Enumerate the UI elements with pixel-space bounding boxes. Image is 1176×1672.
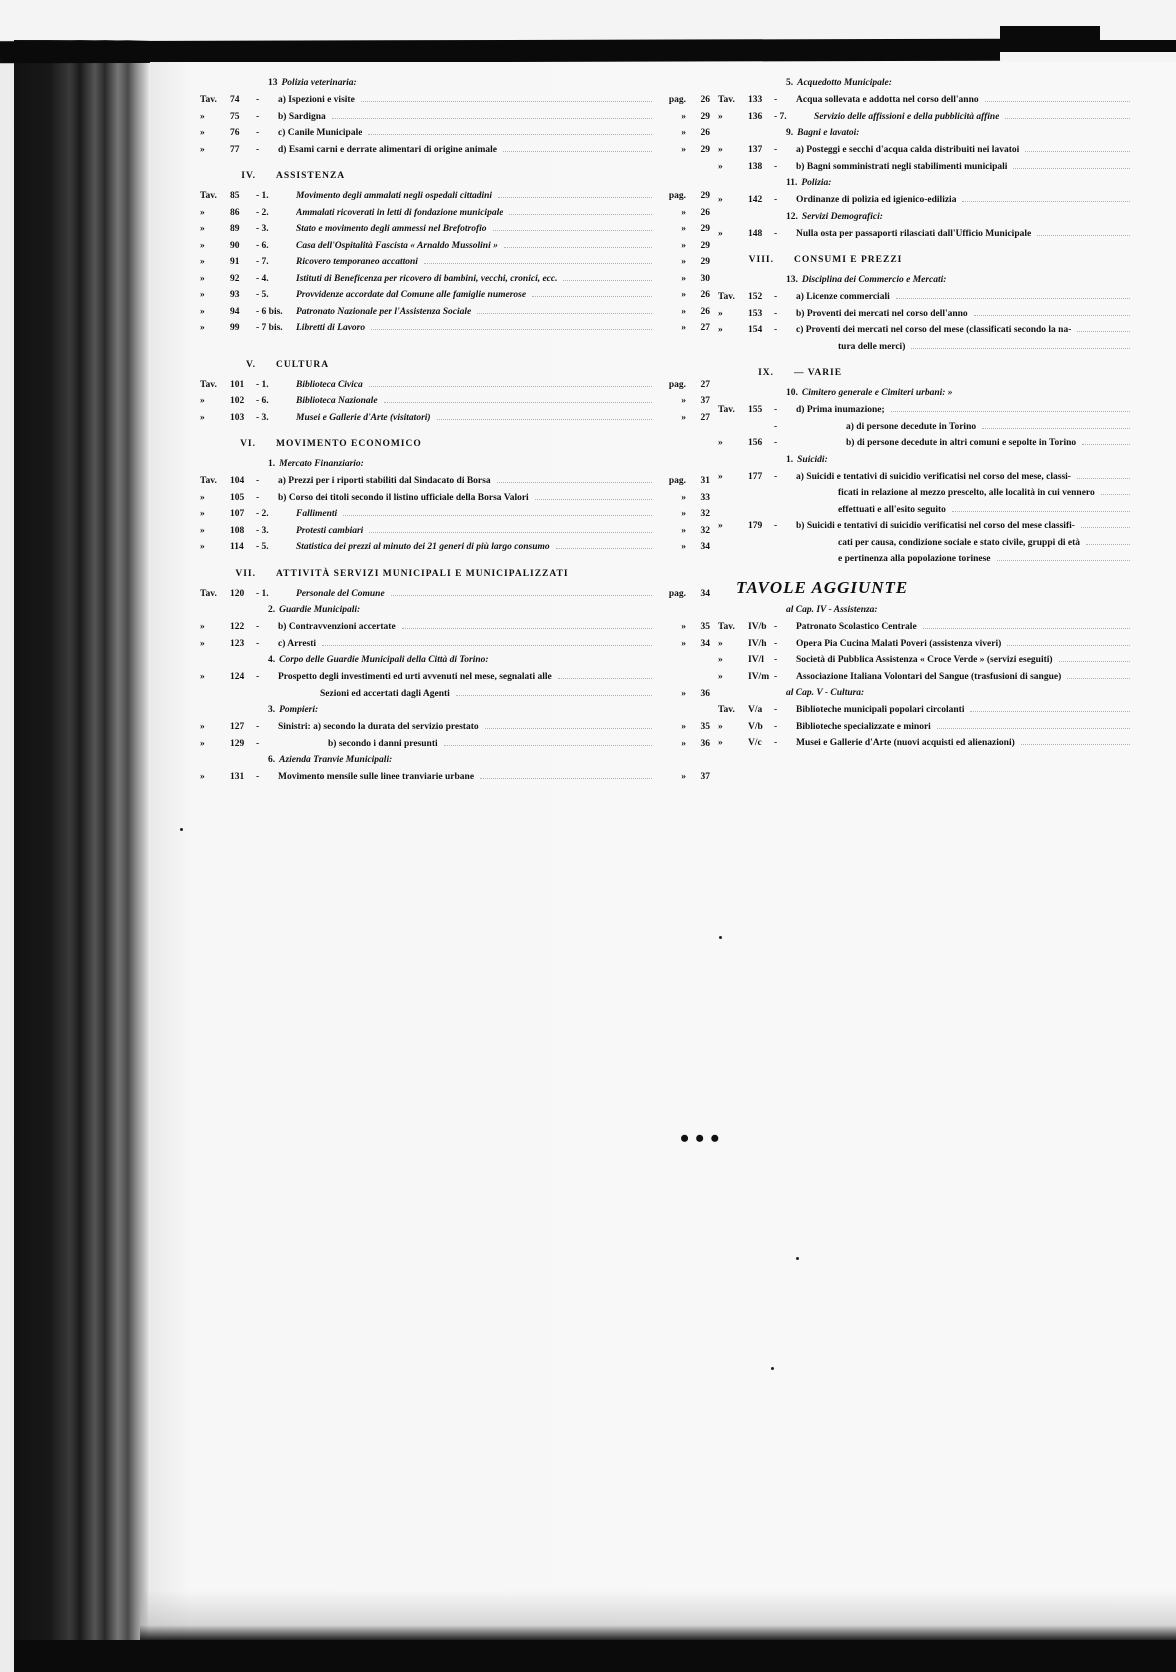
section-subheading: 3.Pompieri: [200,702,710,719]
entry-separator: - [256,109,268,126]
scan-top-border [0,39,1000,64]
section-number: 12. [786,212,798,222]
entry-title: Biblioteca Nazionale [296,393,378,410]
scan-bottom-shadow [140,1590,1176,1640]
table-number: IV/m [748,669,774,686]
toc-entry-continuation: e pertinenza alla popolazione torinese [718,551,1176,568]
toc-entry[interactable]: »IV/h-Opera Pia Cucina Malati Poveri (as… [718,636,1176,653]
toc-entry[interactable]: Tav.104-a) Prezzi per i riporti stabilit… [200,473,710,490]
toc-entry[interactable]: Tav.74-a) Ispezioni e visitepag.26 [200,92,710,109]
table-number: V/a [748,702,774,719]
chapter-heading: IX.— VARIE [718,365,1176,385]
dot-leader [1005,118,1130,119]
table-number: 153 [748,306,774,323]
page-number: 29 [686,221,710,238]
table-number: 101 [230,377,256,394]
toc-entry[interactable]: »137-a) Posteggi e secchi d'acqua calda … [718,142,1176,159]
toc-entry[interactable]: »148-Nulla osta per passaporti rilasciat… [718,226,1176,243]
toc-entry[interactable]: »IV/l-Società di Pubblica Assistenza « C… [718,652,1176,669]
section-subheading: 1.Suicidi: [718,452,1176,469]
entry-title: Istituti di Beneficenza per ricovero di … [296,271,557,288]
table-number: 155 [748,402,774,419]
toc-entry[interactable]: »103- 3.Musei e Gallerie d'Arte (visitat… [200,410,710,427]
entry-separator: - 2. [256,205,296,222]
entry-separator: - [774,652,786,669]
table-prefix: » [200,506,230,523]
entry-title: Biblioteca Civica [296,377,363,394]
chapter-title: CONSUMI E PREZZI [794,252,902,269]
section-title: Disciplina dei Commercio e Mercati: [802,275,947,285]
entry-title: a) Ispezioni e visite [268,92,355,109]
table-number: 114 [230,539,256,556]
dot-leader [985,101,1130,102]
entry-title: b) Corso dei titoli secondo il listino u… [268,490,529,507]
entry-separator: - 6 bis. [256,304,296,321]
table-number: 94 [230,304,256,321]
table-prefix: » [200,393,230,410]
dot-leader [1059,661,1130,662]
table-prefix: » [200,304,230,321]
table-prefix: » [200,109,230,126]
section-subheading: 1.Mercato Finanziario: [200,456,710,473]
dot-leader [503,151,652,152]
dot-leader [974,315,1130,316]
dot-leader [369,386,652,387]
toc-entry[interactable]: »153-b) Proventi dei mercati nel corso d… [718,306,1176,323]
section-number: 13. [786,275,798,285]
table-number: 74 [230,92,256,109]
dot-leader [444,745,652,746]
table-number: 89 [230,221,256,238]
dot-leader [504,247,652,248]
page-label: pag. [658,473,686,490]
entry-title: Stato e movimento degli ammessi nel Bref… [296,221,487,238]
section-subheading: 13Polizia veterinaria: [200,75,710,92]
table-prefix: Tav. [200,92,230,109]
entry-title: Ammalati ricoverati in letti di fondazio… [296,205,503,222]
toc-entry[interactable]: »92- 4.Istituti di Beneficenza per ricov… [200,271,710,288]
table-number: 92 [230,271,256,288]
toc-entry[interactable]: »86- 2.Ammalati ricoverati in letti di f… [200,205,710,222]
dot-leader [371,329,652,330]
dot-leader [477,313,652,314]
toc-entry[interactable]: »77-d) Esami carni e derrate alimentari … [200,142,710,159]
chapter-title: CULTURA [276,357,329,374]
table-prefix: » [718,636,748,653]
table-number: 152 [748,289,774,306]
entry-title: a) Prezzi per i riporti stabiliti dal Si… [268,473,491,490]
dot-leader [402,628,652,629]
entry-separator: - [256,473,268,490]
dot-leader [558,678,652,679]
entry-title: Sinistri: a) secondo la durata del servi… [268,719,479,736]
page-label: pag. [658,188,686,205]
entry-separator: - [774,192,786,209]
toc-entry[interactable]: »75-b) Sardigna»29 [200,109,710,126]
page-number: 34 [686,636,710,653]
table-prefix: » [718,518,748,535]
page-number: 30 [686,271,710,288]
table-prefix: » [200,523,230,540]
table-prefix: Tav. [718,619,748,636]
section-number: 2. [268,605,275,615]
entry-title: Prospetto degli investimenti ed urti avv… [268,669,552,686]
toc-entry[interactable]: Tav.133-Acqua sollevata e addotta nel co… [718,92,1176,109]
toc-entry[interactable]: »138-b) Bagni somministrati negli stabil… [718,159,1176,176]
toc-entry[interactable]: »90- 6.Casa dell'Ospitalità Fascista « A… [200,238,710,255]
section-title: Polizia veterinaria: [282,78,357,88]
page-label: » [658,271,686,288]
dot-leader [535,499,652,500]
entry-title: Personale del Comune [296,586,385,603]
dot-leader [1013,168,1130,169]
table-prefix: Tav. [200,586,230,603]
toc-entry[interactable]: »142-Ordinanze di polizia ed igienico-ed… [718,192,1176,209]
table-prefix: Tav. [718,402,748,419]
entry-title: Fallimenti [296,506,337,523]
toc-entry[interactable]: »129-b) secondo i danni presunti»36 [200,736,710,753]
entry-separator: - 3. [256,523,296,540]
page-number: 37 [686,393,710,410]
entry-title: Musei e Gallerie d'Arte (nuovi acquisti … [786,735,1015,752]
chapter-title: ASSISTENZA [276,168,345,185]
table-number: 133 [748,92,774,109]
table-prefix: » [200,490,230,507]
entry-separator: - 1. [256,188,296,205]
table-number: V/b [748,719,774,736]
page-number: 35 [686,719,710,736]
table-number: 179 [748,518,774,535]
entry-title: Protesti cambiari [296,523,363,540]
entry-separator: - [774,306,786,323]
chapter-heading: VIII.CONSUMI E PREZZI [718,252,1176,272]
entry-title: Nulla osta per passaporti rilasciati dal… [786,226,1031,243]
page-label: » [658,254,686,271]
entry-separator: - [256,669,268,686]
table-prefix: » [718,435,748,452]
entry-separator: - 1. [256,586,296,603]
dot-leader [485,728,652,729]
entry-title: cati per causa, condizione sociale e sta… [838,535,1080,552]
page-number: 26 [686,92,710,109]
toc-entry[interactable]: Tav.120- 1.Personale del Comunepag.34 [200,586,710,603]
chapter-number: V. [200,357,276,374]
toc-entry[interactable]: »V/c-Musei e Gallerie d'Arte (nuovi acqu… [718,735,1176,752]
entry-title: Servizio delle affissioni e della pubbli… [814,109,999,126]
entry-title: a) Licenze commerciali [786,289,890,306]
table-prefix: » [200,271,230,288]
table-prefix: Tav. [718,702,748,719]
page-label: » [658,125,686,142]
toc-entry[interactable]: »105-b) Corso dei titoli secondo il list… [200,490,710,507]
table-prefix: » [718,159,748,176]
section-number: 1. [268,459,275,469]
entry-separator: - [774,92,786,109]
dot-leader [424,263,652,264]
table-prefix: » [200,125,230,142]
table-number: 108 [230,523,256,540]
page-label: » [658,686,686,703]
toc-entry[interactable]: »127-Sinistri: a) secondo la durata del … [200,719,710,736]
section-number: 1. [786,455,793,465]
toc-entry[interactable]: Tav.155-d) Prima inumazione; [718,402,1176,419]
table-prefix: » [718,719,748,736]
entry-title: Movimento mensile sulle linee tranviarie… [268,769,474,786]
section-subheading: al Cap. IV - Assistenza: [718,602,1176,619]
entry-title: a) Suicidi e tentativi di suicidio verif… [786,469,1071,486]
table-number: 136 [748,109,774,126]
scan-speck [771,1367,774,1370]
toc-entry[interactable]: Tav.101- 1.Biblioteca Civicapag.27 [200,377,710,394]
toc-entry[interactable]: »108- 3.Protesti cambiari»32 [200,523,710,540]
entry-separator: - [774,669,786,686]
toc-entry[interactable]: »154-c) Proventi dei mercati nel corso d… [718,322,1176,339]
dot-leader [937,728,1130,729]
entry-separator: - 6. [256,393,296,410]
page-label: » [658,636,686,653]
entry-title: ficati in relazione al mezzo prescelto, … [838,485,1095,502]
dot-leader [532,296,652,297]
toc-entry[interactable]: »156-b) di persone decedute in altri com… [718,435,1176,452]
dot-leader [997,560,1130,561]
table-number: IV/b [748,619,774,636]
entry-separator: - 3. [256,221,296,238]
table-number: 122 [230,619,256,636]
page-number: 27 [686,320,710,337]
toc-entry[interactable]: »179-b) Suicidi e tentativi di suicidio … [718,518,1176,535]
page-number: 29 [686,188,710,205]
scan-speck [796,1257,799,1260]
dot-leader [952,511,1130,512]
entry-separator: - 1. [256,377,296,394]
entry-title: Patronato Nazionale per l'Assistenza Soc… [296,304,471,321]
entry-separator: - [774,469,786,486]
toc-entry[interactable]: »93- 5.Provvidenze accordate dal Comune … [200,287,710,304]
entry-title: Statistica dei prezzi al minuto dei 21 g… [296,539,550,556]
table-number: 77 [230,142,256,159]
dot-leader [911,348,1130,349]
toc-entry-continuation: cati per causa, condizione sociale e sta… [718,535,1176,552]
toc-entry[interactable]: »136- 7.Servizio delle affissioni e dell… [718,109,1176,126]
dot-leader [556,548,652,549]
entry-separator: - 3. [256,410,296,427]
table-prefix: » [200,221,230,238]
page-number: 33 [686,490,710,507]
section-subheading: 10.Cimitero generale e Cimiteri urbani: … [718,385,1176,402]
page-label: » [658,287,686,304]
entry-title: Acqua sollevata e addotta nel corso dell… [786,92,979,109]
page-number: 26 [686,287,710,304]
toc-entry[interactable]: »123-c) Arresti»34 [200,636,710,653]
table-number: 85 [230,188,256,205]
section-number: 11. [786,178,797,188]
section-number: 4. [268,655,275,665]
dot-leader [1067,678,1130,679]
toc-entry[interactable]: Tav.V/a-Biblioteche municipali popolari … [718,702,1176,719]
table-prefix: Tav. [200,377,230,394]
table-prefix: » [200,769,230,786]
toc-entry[interactable]: Tav.IV/b-Patronato Scolastico Centrale [718,619,1176,636]
page-number: 36 [686,686,710,703]
table-prefix: » [200,205,230,222]
page-label: » [658,539,686,556]
table-prefix: » [718,142,748,159]
toc-entry[interactable]: »102- 6.Biblioteca Nazionale»37 [200,393,710,410]
page-label: » [658,393,686,410]
dot-leader [1025,151,1130,152]
toc-entry[interactable]: »114- 5.Statistica dei prezzi al minuto … [200,539,710,556]
dot-leader [391,595,652,596]
toc-entry[interactable]: »131-Movimento mensile sulle linee tranv… [200,769,710,786]
entry-separator: - [256,125,268,142]
page-label: » [658,221,686,238]
entry-title: c) Arresti [268,636,316,653]
toc-entry-continuation: Sezioni ed accertati dagli Agenti»36 [200,686,710,703]
spacer [200,337,710,347]
page-label: » [658,410,686,427]
toc-entry[interactable]: »91- 7.Ricovero temporaneo accattoni»29 [200,254,710,271]
page-label: » [658,490,686,507]
page-number: 32 [686,506,710,523]
entry-separator: - 6. [256,238,296,255]
table-prefix: » [200,238,230,255]
section-number: 5. [786,78,793,88]
section-subheading: al Cap. V - Cultura: [718,685,1176,702]
table-number: 129 [230,736,256,753]
table-prefix: » [718,192,748,209]
table-prefix: » [200,636,230,653]
entry-title: b) Bagni somministrati negli stabiliment… [786,159,1007,176]
table-number: 123 [230,636,256,653]
page-number: 29 [686,254,710,271]
page-label: » [658,719,686,736]
toc-entry-continuation: ficati in relazione al mezzo prescelto, … [718,485,1176,502]
entry-separator: - 5. [256,539,296,556]
dot-leader [384,402,652,403]
toc-entry[interactable]: Tav.85- 1.Movimento degli ammalati negli… [200,188,710,205]
toc-entry[interactable]: »124-Prospetto degli investimenti ed urt… [200,669,710,686]
section-title: Corpo delle Guardie Municipali della Cit… [279,655,488,665]
table-prefix: Tav. [718,92,748,109]
chapter-number: IX. [718,365,794,382]
chapter-number: VII. [200,566,276,583]
entry-title: Casa dell'Ospitalità Fascista « Arnaldo … [296,238,498,255]
dot-leader [1081,527,1130,528]
table-number: IV/l [748,652,774,669]
toc-entry[interactable]: »89- 3.Stato e movimento degli ammessi n… [200,221,710,238]
entry-separator: - [774,735,786,752]
toc-entry-continuation: effettuati e all'esito seguito [718,502,1176,519]
dot-leader [498,197,652,198]
dot-leader [456,695,652,696]
dot-leader [369,532,652,533]
page-label: » [658,142,686,159]
section-title: al Cap. V - Cultura: [786,688,864,698]
table-prefix: » [718,469,748,486]
page-number: 32 [686,523,710,540]
page-label: » [658,619,686,636]
scan-top-border-right [998,40,1176,52]
toc-entry[interactable]: »99- 7 bis.Libretti di Lavoro»27 [200,320,710,337]
toc-entry[interactable]: »IV/m-Associazione Italiana Volontari de… [718,669,1176,686]
section-title: Guardie Municipali: [279,605,360,615]
dot-leader [497,482,652,483]
entry-title: Movimento degli ammalati negli ospedali … [296,188,492,205]
page-number: 35 [686,619,710,636]
toc-entry[interactable]: »94- 6 bis.Patronato Nazionale per l'Ass… [200,304,710,321]
entry-separator: - [256,92,268,109]
entry-title: c) Canile Municipale [268,125,362,142]
toc-right-column: 5.Acquedotto Municipale:Tav.133-Acqua so… [718,75,1176,752]
entry-title: Società di Pubblica Assistenza « Croce V… [786,652,1053,669]
toc-entry[interactable]: Tav.152-a) Licenze commerciali [718,289,1176,306]
dot-leader [1077,478,1130,479]
toc-entry[interactable]: »76-c) Canile Municipale»26 [200,125,710,142]
table-number: 120 [230,586,256,603]
entry-separator: - 7. [774,109,814,126]
section-title: Suicidi: [797,455,828,465]
entry-title: d) Esami carni e derrate alimentari di o… [268,142,497,159]
table-number: 105 [230,490,256,507]
entry-title: Patronato Scolastico Centrale [786,619,917,636]
dot-leader [322,645,652,646]
entry-separator: - [774,518,786,535]
dot-leader [1086,544,1130,545]
table-number: 124 [230,669,256,686]
appendix-heading: TAVOLE AGGIUNTE [736,580,1176,597]
entry-separator: - [774,719,786,736]
entry-title: e pertinenza alla popolazione torinese [838,551,991,568]
page-number: 29 [686,109,710,126]
entry-title: Libretti di Lavoro [296,320,365,337]
section-number: 10. [786,388,798,398]
table-number: 91 [230,254,256,271]
dot-leader [437,419,652,420]
dot-leader [1101,494,1130,495]
entry-separator: - [774,619,786,636]
table-prefix: » [200,719,230,736]
toc-entry[interactable]: »177-a) Suicidi e tentativi di suicidio … [718,469,1176,486]
entry-separator: - [256,142,268,159]
table-prefix: » [718,322,748,339]
dot-leader [982,428,1130,429]
section-title: Pompieri: [279,705,318,715]
table-number: IV/h [748,636,774,653]
scan-speck [719,936,722,939]
entry-separator: - [774,435,786,452]
dot-leader [332,118,652,119]
page-label: pag. [658,92,686,109]
chapter-number: VIII. [718,252,794,269]
section-title: Cimitero generale e Cimiteri urbani: » [802,388,953,398]
table-number: 86 [230,205,256,222]
entry-title: b) Contravvenzioni accertate [268,619,396,636]
table-prefix: » [200,539,230,556]
entry-separator: - [256,490,268,507]
toc-entry[interactable]: -a) di persone decedute in Torino [718,419,1176,436]
table-prefix: » [718,652,748,669]
page-number: 26 [686,125,710,142]
table-prefix: Tav. [718,289,748,306]
toc-entry[interactable]: »122-b) Contravvenzioni accertate»35 [200,619,710,636]
page-number: 34 [686,586,710,603]
table-number: 142 [748,192,774,209]
table-number: 177 [748,469,774,486]
dot-leader [563,280,652,281]
toc-entry[interactable]: »107- 2.Fallimenti»32 [200,506,710,523]
table-number: 93 [230,287,256,304]
toc-entry[interactable]: »V/b-Biblioteche specializzate e minori [718,719,1176,736]
